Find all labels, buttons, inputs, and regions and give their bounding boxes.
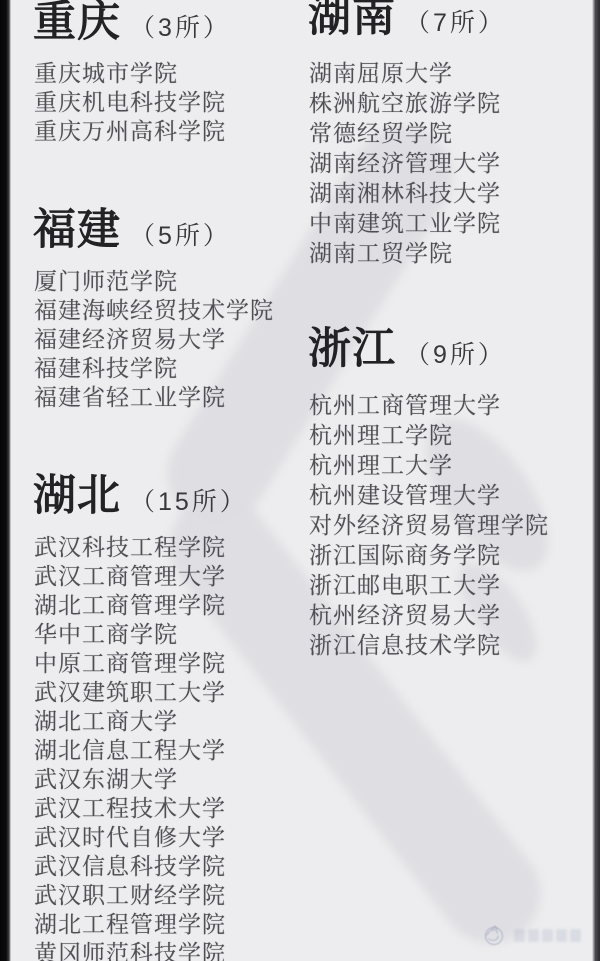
school-list-item: 杭州理工学院 xyxy=(309,420,600,450)
school-list-item: 黄冈师范科技学院 xyxy=(34,939,305,961)
province-name: 湖南 xyxy=(308,0,396,42)
school-list-item: 湖北工商大学 xyxy=(34,707,305,736)
school-list: 重庆城市学院重庆机电科技学院重庆万州高科学院 xyxy=(34,59,305,146)
school-list-item: 武汉建筑职工大学 xyxy=(34,678,305,707)
school-list-item: 武汉东湖大学 xyxy=(34,765,305,794)
school-list-item: 湖南工贸学院 xyxy=(309,238,600,268)
school-count-label: （3所） xyxy=(130,3,231,53)
province-header: 湖北（15所） xyxy=(33,471,305,527)
school-list: 武汉科技工程学院武汉工商管理大学湖北工商管理学院华中工商学院中原工商管理学院武汉… xyxy=(34,533,305,961)
school-count-label: （9所） xyxy=(405,330,506,380)
province-section: 重庆（3所）重庆城市学院重庆机电科技学院重庆万州高科学院 xyxy=(33,0,305,146)
school-list-item: 湖南屈原大学 xyxy=(309,58,600,88)
school-list-item: 湖北工程管理学院 xyxy=(34,910,305,939)
school-list-item: 株洲航空旅游学院 xyxy=(309,88,600,118)
school-list-item: 杭州理工大学 xyxy=(309,450,600,480)
province-section: 湖南（7所）湖南屈原大学株洲航空旅游学院常德经贸学院湖南经济管理大学湖南湘林科技… xyxy=(308,0,600,268)
fake-university-list-image: 重庆（3所）重庆城市学院重庆机电科技学院重庆万州高科学院福建（5所）厦门师范学院… xyxy=(0,0,600,961)
school-list-item: 重庆万州高科学院 xyxy=(34,117,305,146)
school-list-item: 华中工商学院 xyxy=(34,620,305,649)
school-list-item: 武汉职工财经学院 xyxy=(34,881,305,910)
school-list-item: 中南建筑工业学院 xyxy=(309,208,600,238)
school-list-item: 杭州建设管理大学 xyxy=(309,480,600,510)
school-list-item: 福建科技学院 xyxy=(34,354,305,383)
school-list-item: 武汉工程技术大学 xyxy=(34,794,305,823)
province-header: 福建（5所） xyxy=(33,205,305,261)
province-name: 重庆 xyxy=(33,0,121,47)
school-list: 厦门师范学院福建海峡经贸技术学院福建经济贸易大学福建科技学院福建省轻工业学院 xyxy=(34,267,305,412)
school-list-item: 福建经济贸易大学 xyxy=(34,325,305,354)
province-header: 浙江（9所） xyxy=(308,324,600,380)
school-list-item: 重庆机电科技学院 xyxy=(34,88,305,117)
province-name: 浙江 xyxy=(308,324,396,374)
school-list-item: 杭州工商管理大学 xyxy=(309,390,600,420)
school-list-item: 重庆城市学院 xyxy=(34,59,305,88)
school-list-item: 湖北信息工程大学 xyxy=(34,736,305,765)
school-list-item: 福建省轻工业学院 xyxy=(34,383,305,412)
right-border-strip xyxy=(592,0,600,961)
school-list: 杭州工商管理大学杭州理工学院杭州理工大学杭州建设管理大学对外经济贸易管理学院浙江… xyxy=(309,390,600,660)
seal-logo-icon xyxy=(482,923,506,947)
province-header: 湖南（7所） xyxy=(308,0,600,48)
school-list-item: 浙江邮电职工大学 xyxy=(309,570,600,600)
school-list-item: 湖南经济管理大学 xyxy=(309,148,600,178)
school-count-label: （7所） xyxy=(405,0,506,48)
province-name: 湖北 xyxy=(33,471,121,521)
school-list-item: 浙江国际商务学院 xyxy=(309,540,600,570)
school-count-label: （5所） xyxy=(130,211,231,261)
school-list-item: 武汉科技工程学院 xyxy=(34,533,305,562)
province-section: 浙江（9所）杭州工商管理大学杭州理工学院杭州理工大学杭州建设管理大学对外经济贸易… xyxy=(308,324,600,660)
school-list-item: 中原工商管理学院 xyxy=(34,649,305,678)
left-border-strip xyxy=(0,0,11,961)
footer-watermark xyxy=(482,923,581,947)
watermark-text-illegible xyxy=(514,929,581,942)
school-list-item: 浙江信息技术学院 xyxy=(309,630,600,660)
column-left: 重庆（3所）重庆城市学院重庆机电科技学院重庆万州高科学院福建（5所）厦门师范学院… xyxy=(33,0,305,961)
school-list-item: 厦门师范学院 xyxy=(34,267,305,296)
school-list: 湖南屈原大学株洲航空旅游学院常德经贸学院湖南经济管理大学湖南湘林科技大学中南建筑… xyxy=(309,58,600,268)
province-section: 湖北（15所）武汉科技工程学院武汉工商管理大学湖北工商管理学院华中工商学院中原工… xyxy=(33,471,305,961)
school-list-item: 对外经济贸易管理学院 xyxy=(309,510,600,540)
school-list-item: 武汉时代自修大学 xyxy=(34,823,305,852)
school-list-item: 福建海峡经贸技术学院 xyxy=(34,296,305,325)
province-section: 福建（5所）厦门师范学院福建海峡经贸技术学院福建经济贸易大学福建科技学院福建省轻… xyxy=(33,205,305,412)
school-list-item: 杭州经济贸易大学 xyxy=(309,600,600,630)
school-count-label: （15所） xyxy=(130,477,248,527)
school-list-item: 湖南湘林科技大学 xyxy=(309,178,600,208)
school-list-item: 武汉信息科技学院 xyxy=(34,852,305,881)
school-list-item: 武汉工商管理大学 xyxy=(34,562,305,591)
province-header: 重庆（3所） xyxy=(33,0,305,53)
school-list-item: 湖北工商管理学院 xyxy=(34,591,305,620)
school-list-item: 常德经贸学院 xyxy=(309,118,600,148)
province-name: 福建 xyxy=(33,205,121,255)
column-right: 湖南（7所）湖南屈原大学株洲航空旅游学院常德经贸学院湖南经济管理大学湖南湘林科技… xyxy=(308,0,600,660)
